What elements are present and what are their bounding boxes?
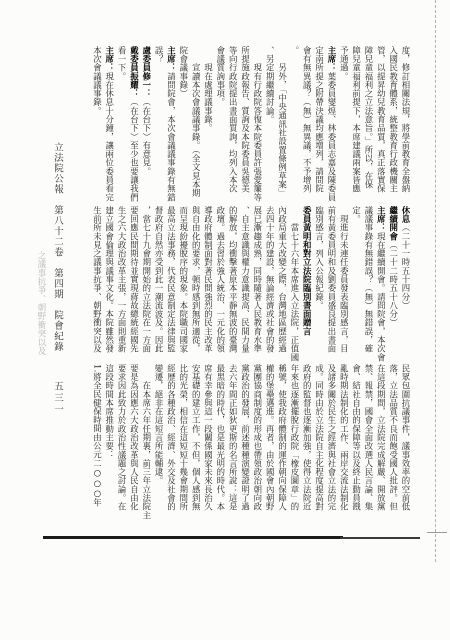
text-column: ，當七十九會期開始的立法院在一方面 <box>140 206 152 358</box>
text-column: 建立國會倫理與議事文化。本院雖然發 <box>103 206 115 358</box>
text-column: 導政府體制面對著民間強烈的民主改革 <box>202 206 214 358</box>
text-band-top: 度，修訂相關法規，將學前教育全盤納入國民教育體系，統整教育行政機關主管，以提昇幼… <box>91 46 412 196</box>
text-column: 在本席六年任期裏，前三年立法院主 <box>140 364 152 516</box>
text-column: 在這段期間，立法院完成解嚴、開放黨 <box>375 364 387 516</box>
text-column: 會有無異議？（無）無異議，不予增列 <box>301 46 313 196</box>
text-column: 的解放，均衝擊著原本平靜無波的臺灣 <box>227 206 239 358</box>
text-column: 休息（二十一時五十四分） <box>400 206 412 358</box>
text-column: 看一下。 <box>116 46 128 196</box>
text-column: 比的光榮，相信在這短短十幾會期間所 <box>177 364 189 516</box>
text-column: 督政府自然亦受到此一潮流波及。因此 <box>153 206 165 358</box>
text-column: 禁、報禁，國會全面改選人民言論、集 <box>363 364 375 516</box>
text-column: 予通過。 <box>338 46 350 196</box>
text-column: 席有幸參與這一段關係國家未來長治久 <box>202 364 214 516</box>
gazette-scanned-page: 度，修訂相關法規，將學前教育全盤納入國民教育體系，統整教育行政機關主管，以提昇幼… <box>0 0 450 640</box>
text-column: 主席：葉委員燮煌、林委員志嘉及陳委員 <box>326 46 338 196</box>
text-band-middle: 休息（二十一時五十四分）繼續開會（二十二時五十八分）主席：現在繼續開會。請問院會… <box>91 206 412 358</box>
text-column: 所提施政報告、質詢及本院委員吳德美 <box>239 46 251 196</box>
text-column: 安基礎的建立工作，不但，個人感到無 <box>190 364 202 516</box>
text-column: 去六年間正如狄更斯的名言所說：這是 <box>227 364 239 516</box>
text-column: 最黑暗的時代，也是最光明的時代。本 <box>215 364 227 516</box>
text-column: 生之六大政治改革主張，一方面則重新 <box>116 206 128 358</box>
text-column: 落，立法品質不良而飽受國人批評。但 <box>387 364 399 516</box>
text-column: 戴委員振耀：（在台下）至少也要讓我們 <box>128 46 140 196</box>
text-column: 誤？ <box>153 46 165 196</box>
text-column: 主席：現在休息十分鐘，讓兩位委員看完 <box>103 46 115 196</box>
text-column: 臨別感言，列入公報紀錄。 <box>313 206 325 358</box>
text-column: 及諸多關於民生之經濟與社會立法的完 <box>326 364 338 516</box>
text-column: 入國民教育體系，統整教育行政機關主 <box>387 46 399 196</box>
text-column: 而呈現紛擾脫序的現象。本院職司國家 <box>177 206 189 358</box>
text-column: 變遷，絕非在這短言所能輔逮。 <box>153 364 165 516</box>
text-column: 成。同時由於立法院自主化程度提高對 <box>313 364 325 516</box>
text-column: 委員黃明和對立法院臨別書面贈言 <box>301 206 313 358</box>
text-column: 與自由化的要求，頓時感到無所適從， <box>190 206 202 358</box>
text-column: 管，以提昇幼兒教育品質，真正落實保 <box>375 46 387 196</box>
text-column: 政壇。過去習於強人統治、一元化的領 <box>215 206 227 358</box>
text-column: 稱號，使我政府體制的運作朝向保障人 <box>276 364 288 516</box>
text-column: 、另定期繼續討論。 <box>264 46 276 196</box>
text-column: 宣讀本次會議議事錄。（全文見本期 <box>190 46 202 196</box>
text-column: 內政局重大改變之際，台灣地區歷經過 <box>276 206 288 358</box>
text-column: 本次會議議事錄。 <box>91 46 103 196</box>
edge-tick-mark <box>427 532 447 533</box>
text-column: 政府的監督也逐漸加強，使得立法院近 <box>301 364 313 516</box>
text-column: 。 <box>289 46 301 196</box>
text-column: 現進行未連任委員發表臨別感言，目 <box>338 206 350 358</box>
text-column: 生前所未見之議事抗爭、朝野衝突以及 <box>91 206 103 358</box>
text-column: 盧委員修一：（在台下）有意見。 <box>140 46 152 196</box>
text-column: 、自主意識與權力意識提高、民間力量 <box>239 206 251 358</box>
bottom-rule-line <box>43 536 343 539</box>
text-column: 要是為因應六大政治改革與人民自由化 <box>128 364 140 516</box>
text-column: 經歷的各種政治、經濟、外交及社會的 <box>165 364 177 516</box>
text-column: 去四十年的建設，無論經濟或社會的發 <box>264 206 276 358</box>
text-column: 當七十六年本席進入立法院，正值國 <box>289 206 301 358</box>
text-column: 民眾包圍抗議事件，議事效率的空前低 <box>400 364 412 516</box>
text-column: 權的堡壘邁進。再者，由於國會內朝野 <box>264 364 276 516</box>
text-column: 亂時期法制化的工作、兩岸交流法制化 <box>338 364 350 516</box>
text-column: 要求因此致力於政治性議題之討論。在 <box>116 364 128 516</box>
text-column: 障兒童福利前提下，本席建議兩案皆應 <box>350 46 362 196</box>
text-column: 1.將全民健保時間由公元二○○○年 <box>91 364 103 516</box>
text-column: 現有行政院答復本院委員許張愛簾等 <box>252 46 264 196</box>
text-column: 年來也逐漸擺脫行政院「橡皮圖章」的 <box>289 364 301 516</box>
text-column: 要回應民間期待並實現蔣故總統經國先 <box>128 206 140 358</box>
text-column: 黨團協商制度的形成也帶領政治朝向政 <box>252 364 264 516</box>
page-fold-dashed-line <box>435 0 436 562</box>
margin-title: 立法院公報 第八十二卷 第四期 院會紀錄 <box>50 142 64 332</box>
text-column: 另外，「中央通訊社設置條例草案」 <box>276 46 288 196</box>
text-column: 主席：請問院會，本次會議議事錄有無錯 <box>165 46 177 196</box>
bottom-rule-line-thin <box>340 537 420 539</box>
text-column: 度，修訂相關法規，將學前教育全盤納 <box>400 46 412 196</box>
text-column: 主席：現在繼續開會。請問院會，本次會 <box>375 206 387 358</box>
text-column: 院會議事錄） <box>177 46 189 196</box>
text-column: 展已漸趨成熟，同時隨著人民教育水準 <box>252 206 264 358</box>
scan-ghost-text-artifact: 之議事抗爭、朝野衝突以及 <box>36 251 48 381</box>
text-column: 繼續開會（二十二時五十八分） <box>387 206 399 358</box>
text-column: 會議質詢事項。 <box>215 46 227 196</box>
text-column: 現在處理議事錄。 <box>202 46 214 196</box>
text-column: 議議事錄有無錯誤？（無）無錯誤，確 <box>363 206 375 358</box>
text-column: 會、結社自由的保障等以及終止動員戡 <box>350 364 362 516</box>
text-column: 障兒童福利之立法意旨。」所以，在保 <box>363 46 375 196</box>
text-column: 這段時間本席推動主要： <box>103 364 115 516</box>
text-column: 前有黃委員明和及劉委員盛良提出書面 <box>326 206 338 358</box>
text-column: 定南所提之附帶決議均應增列，請問院 <box>313 46 325 196</box>
text-column: 黨政治的發展，前述種種演變證明了過 <box>239 364 251 516</box>
page-number: 五三一 <box>50 381 64 431</box>
text-column: 等向行政院提出書面質詢，均列入本次 <box>227 46 239 196</box>
text-column: 最高立法事務，代表民意制定法律與監 <box>165 206 177 358</box>
text-band-bottom: 民眾包圍抗議事件，議事效率的空前低落，立法品質不良而飽受國人批評。但在這段期間，… <box>91 364 412 516</box>
text-column: 定。 <box>350 206 362 358</box>
